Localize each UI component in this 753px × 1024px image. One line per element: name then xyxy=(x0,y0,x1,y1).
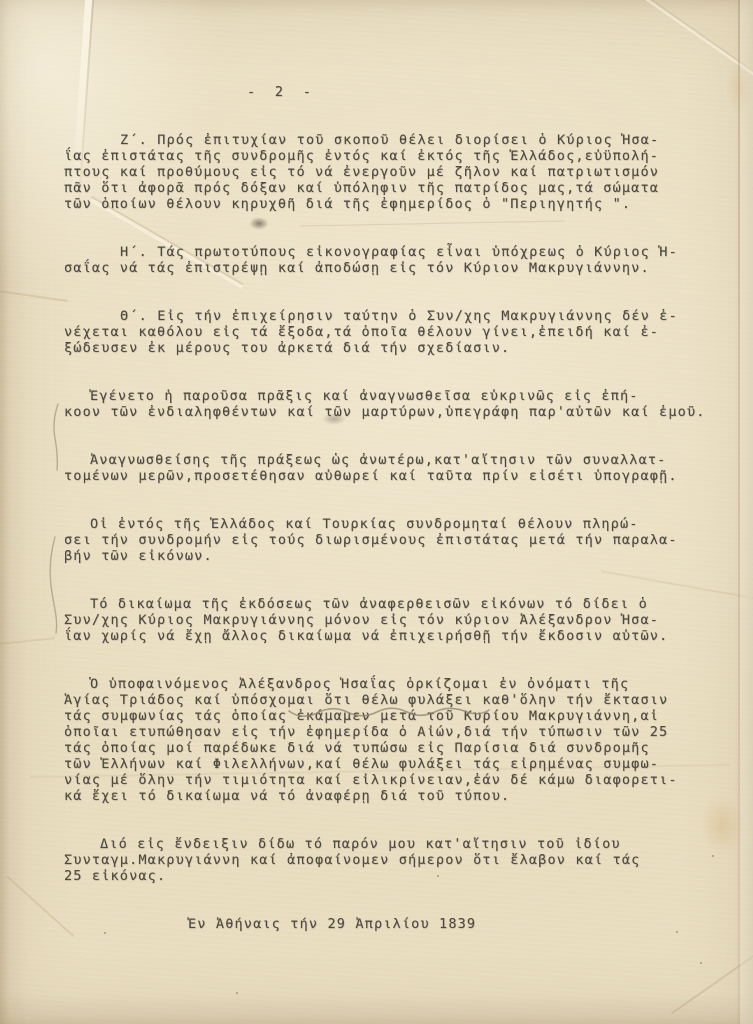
paragraph-clause-z: Ζ΄. Πρός ἐπιτυχίαν τοῦ σκοποῦ θέλει διορ… xyxy=(64,132,732,212)
typewritten-page: - 2 - Ζ΄. Πρός ἐπιτυχίαν τοῦ σκοποῦ θέλε… xyxy=(0,0,753,1024)
paragraph-orkos: Ὁ ὑποφαινόμενος Ἀλέξανδρος Ἡσαΐας ὁρκίζο… xyxy=(64,676,732,804)
typed-text-block: - 2 - Ζ΄. Πρός ἐπιτυχίαν τοῦ σκοποῦ θέλε… xyxy=(64,52,732,964)
paragraph-dikaioma: Τό δικαίωμα τῆς ἐκδόσεως τῶν ἀναφερθεισῶ… xyxy=(64,596,732,644)
paragraph-syndromites: Οἱ ἐντός τῆς Ἑλλάδος καί Τουρκίας συνδρο… xyxy=(64,516,732,564)
pencil-margin-mark-1 xyxy=(54,404,58,470)
page-number: - 2 - xyxy=(64,84,732,100)
pencil-margin-mark-2 xyxy=(50,537,56,633)
crease-line-left-mid xyxy=(0,637,55,645)
paper-right-edge-line xyxy=(738,0,740,1024)
date-line: Ἐν Ἀθήναις τήν 29 Ἀπριλίου 1839 xyxy=(64,916,732,932)
paragraph-dio: Διό εἰς ἔνδειξιν δίδω τό παρόν μου κατ'α… xyxy=(64,836,732,884)
crease-line-left-small xyxy=(0,290,68,302)
paragraph-anagnostheisis: Ἀναγνωσθείσης τῆς πράξεως ὡς ἀνωτέρω,κατ… xyxy=(64,452,732,484)
paragraph-clause-th: Θ΄. Εἰς τήν ἐπιχείρησιν ταύτην ὁ Συν/χης… xyxy=(64,308,732,356)
paragraph-clause-h: Η΄. Τάς πρωτοτύπους εἰκονογραφίας εἶναι … xyxy=(64,244,732,276)
paper-right-edge-band xyxy=(740,0,753,1024)
paragraph-egeneto: Ἐγένετο ἡ παροῦσα πρᾶξις καί ἀναγνωσθεῖσ… xyxy=(64,388,732,420)
paper-speck xyxy=(236,992,238,994)
